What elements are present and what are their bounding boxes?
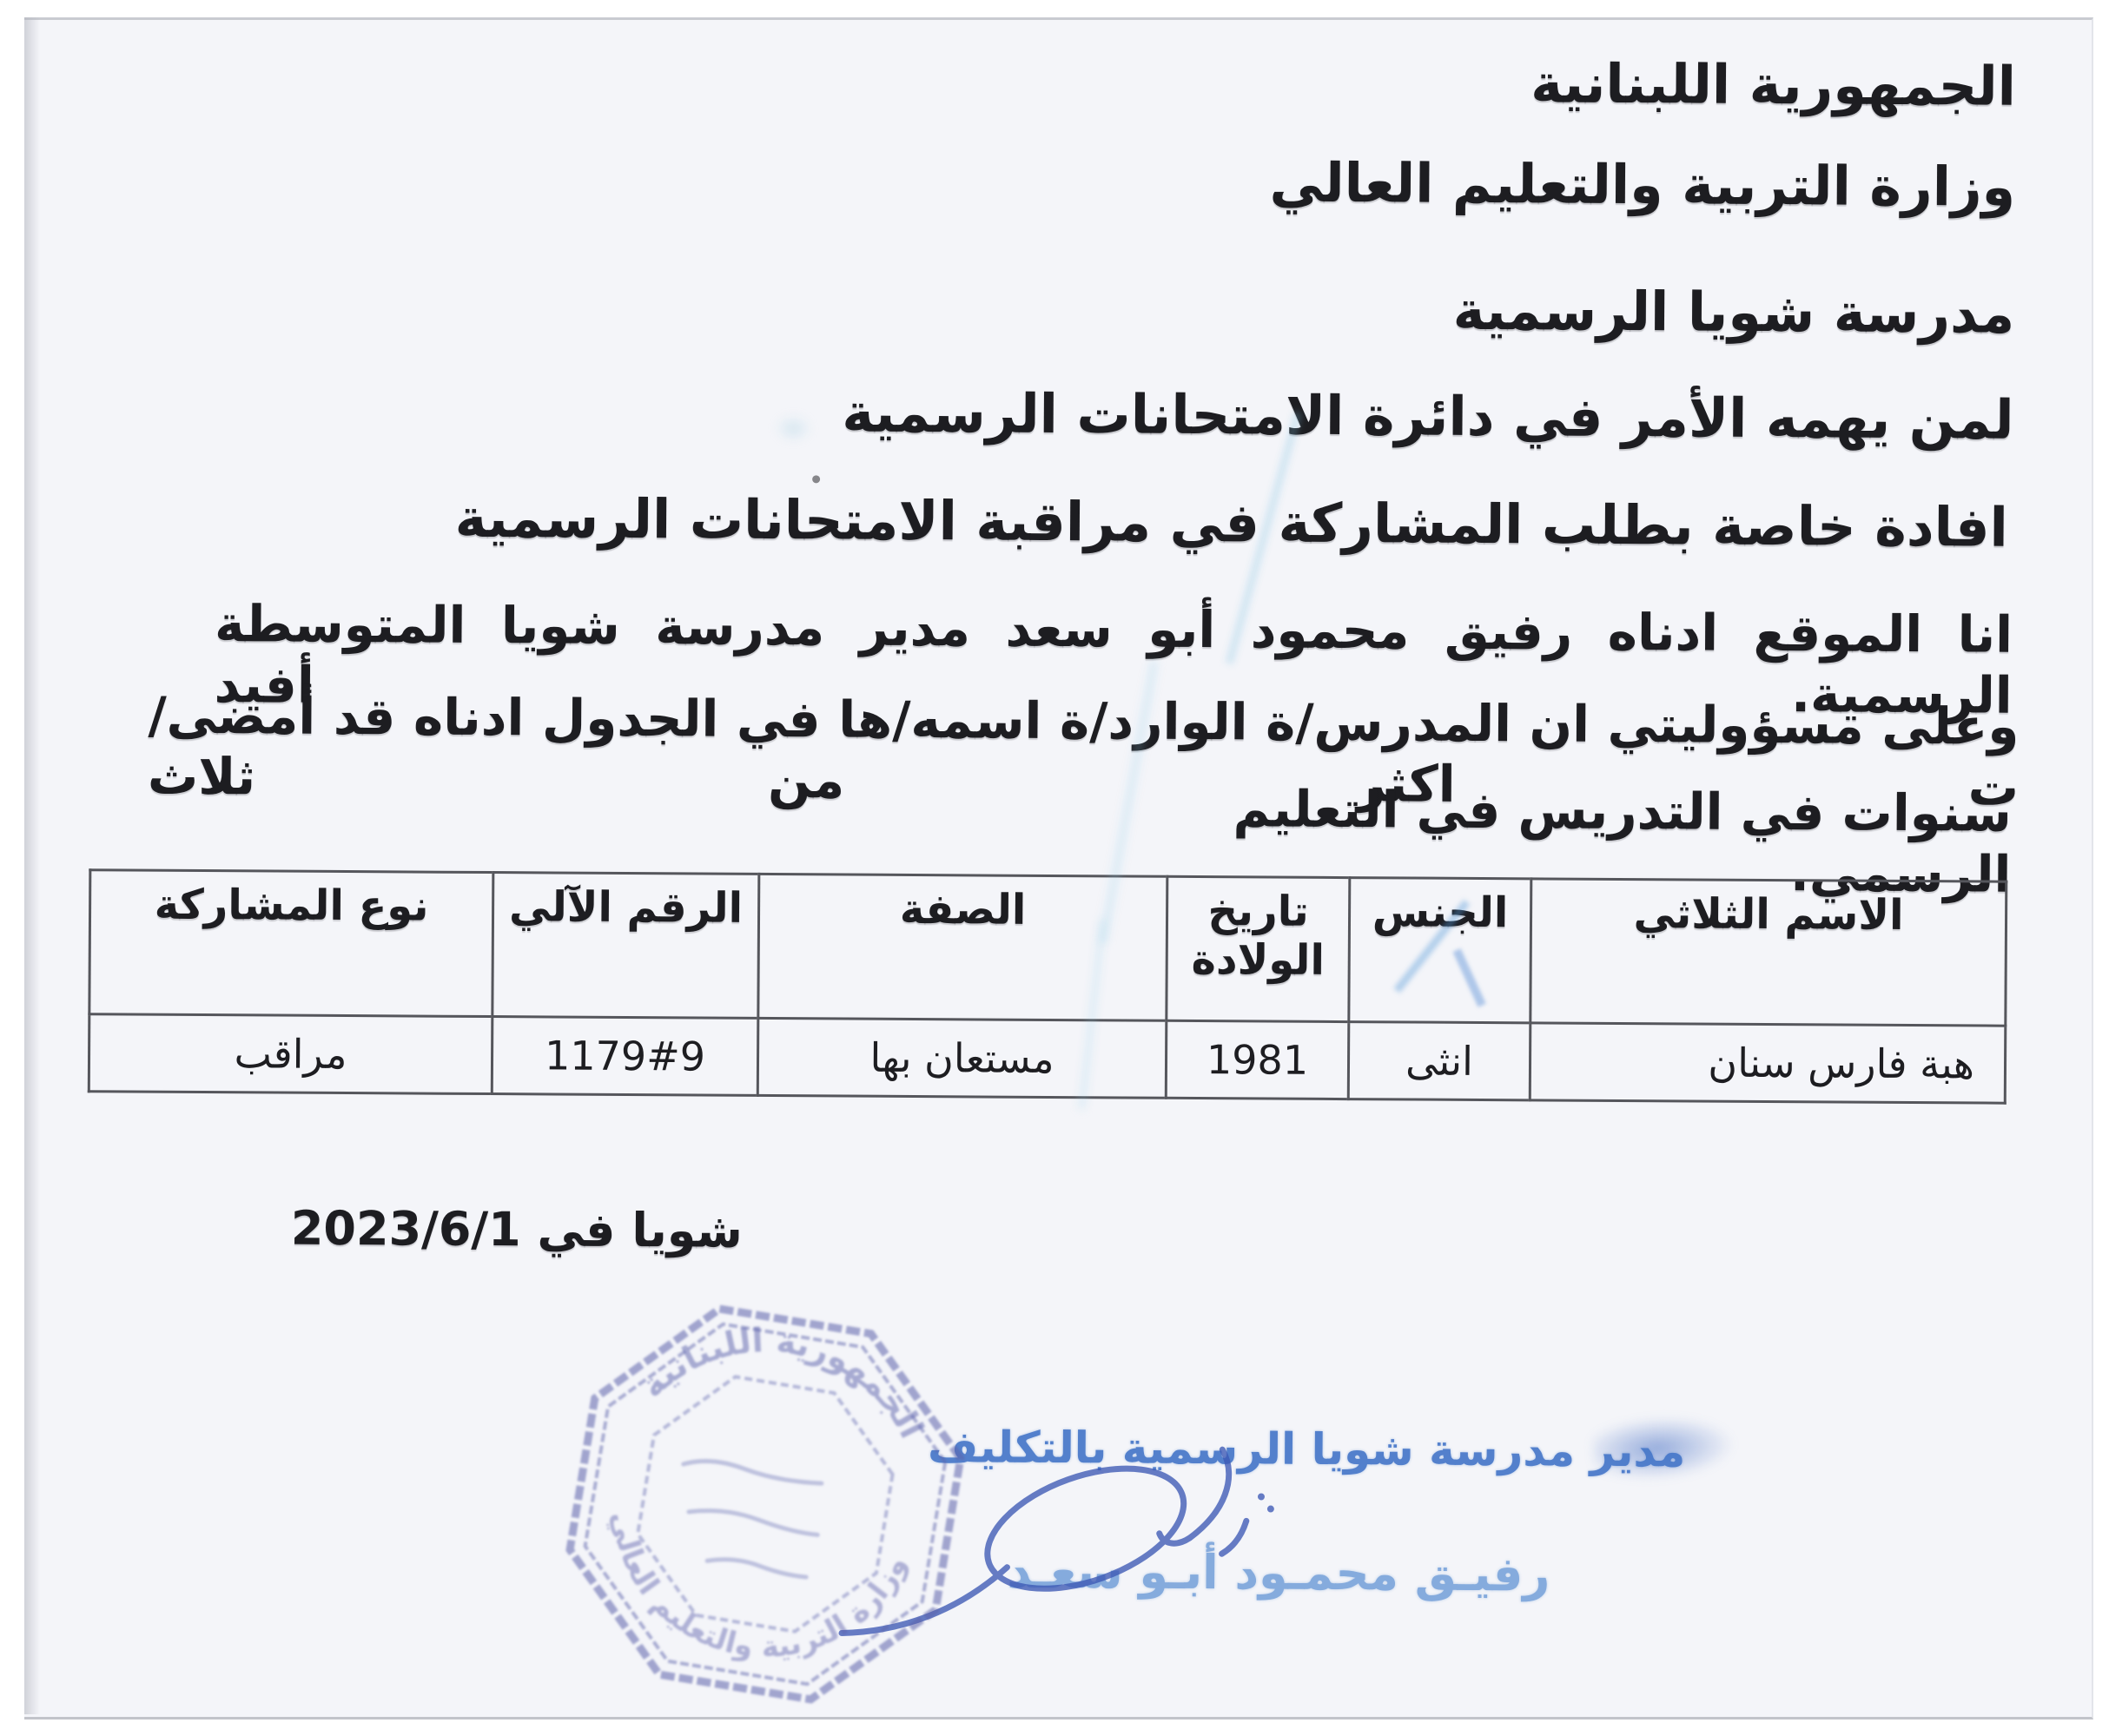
cell-gender: انثى	[1348, 1022, 1531, 1100]
header-line-subject: افادة خاصة بطلب المشاركة في مراقبة الامت…	[455, 486, 2008, 560]
stamp-ring-bottom-text: وزارة التربية والتعليم العالي	[585, 1504, 916, 1688]
document-content: الجمهورية اللبنانية وزارة التربية والتعل…	[0, 0, 2109, 1736]
col-header-birth-date: تاريخ الولادة	[1167, 876, 1350, 1021]
col-header-gender: الجنس	[1349, 878, 1531, 1023]
col-header-capacity: الصفة	[758, 874, 1167, 1020]
cell-capacity: مستعان بها	[757, 1018, 1167, 1098]
header-line-ministry: وزارة التربية والتعليم العالي	[1269, 151, 2015, 221]
header-line-addressee: لمن يهمه الأمر في دائرة الامتحانات الرسم…	[842, 380, 2014, 452]
cell-auto-number: 1179#9	[492, 1017, 758, 1096]
date-line: شويا في 2023/6/1	[291, 1201, 743, 1258]
auto-number-value: 1179#9	[545, 1032, 705, 1079]
ink-ghost-spot	[773, 413, 813, 443]
octagon-stamp-icon: الجمهورية اللبنانية وزارة التربية والتعل…	[541, 1280, 988, 1727]
col-header-participation: نوع المشاركة	[89, 870, 493, 1017]
official-stamp: الجمهورية اللبنانية وزارة التربية والتعل…	[541, 1280, 988, 1727]
birth-year-value: 1981	[1207, 1036, 1308, 1084]
teacher-table: الاسم الثلاثي الجنس تاريخ الولادة الصفة …	[88, 868, 2008, 1104]
svg-text:وزارة التربية والتعليم العالي: وزارة التربية والتعليم العالي	[585, 1504, 916, 1688]
col-header-auto-number: الرقم الآلي	[493, 873, 759, 1019]
ink-speck	[812, 475, 820, 483]
table-row: هبة فارس سنان انثى 1981 مستعان بها 1179#…	[89, 1014, 2006, 1103]
cell-participation: مراقب	[89, 1014, 493, 1094]
header-line-school: مدرسة شويا الرسمية	[1452, 279, 2014, 347]
col-header-full-name: الاسم الثلاثي	[1531, 879, 2007, 1026]
cell-full-name: هبة فارس سنان	[1530, 1023, 2006, 1103]
table-header-row: الاسم الثلاثي الجنس تاريخ الولادة الصفة …	[89, 870, 2007, 1026]
cell-birth-date: 1981	[1166, 1020, 1349, 1099]
header-line-republic: الجمهورية اللبنانية	[1531, 51, 2016, 119]
